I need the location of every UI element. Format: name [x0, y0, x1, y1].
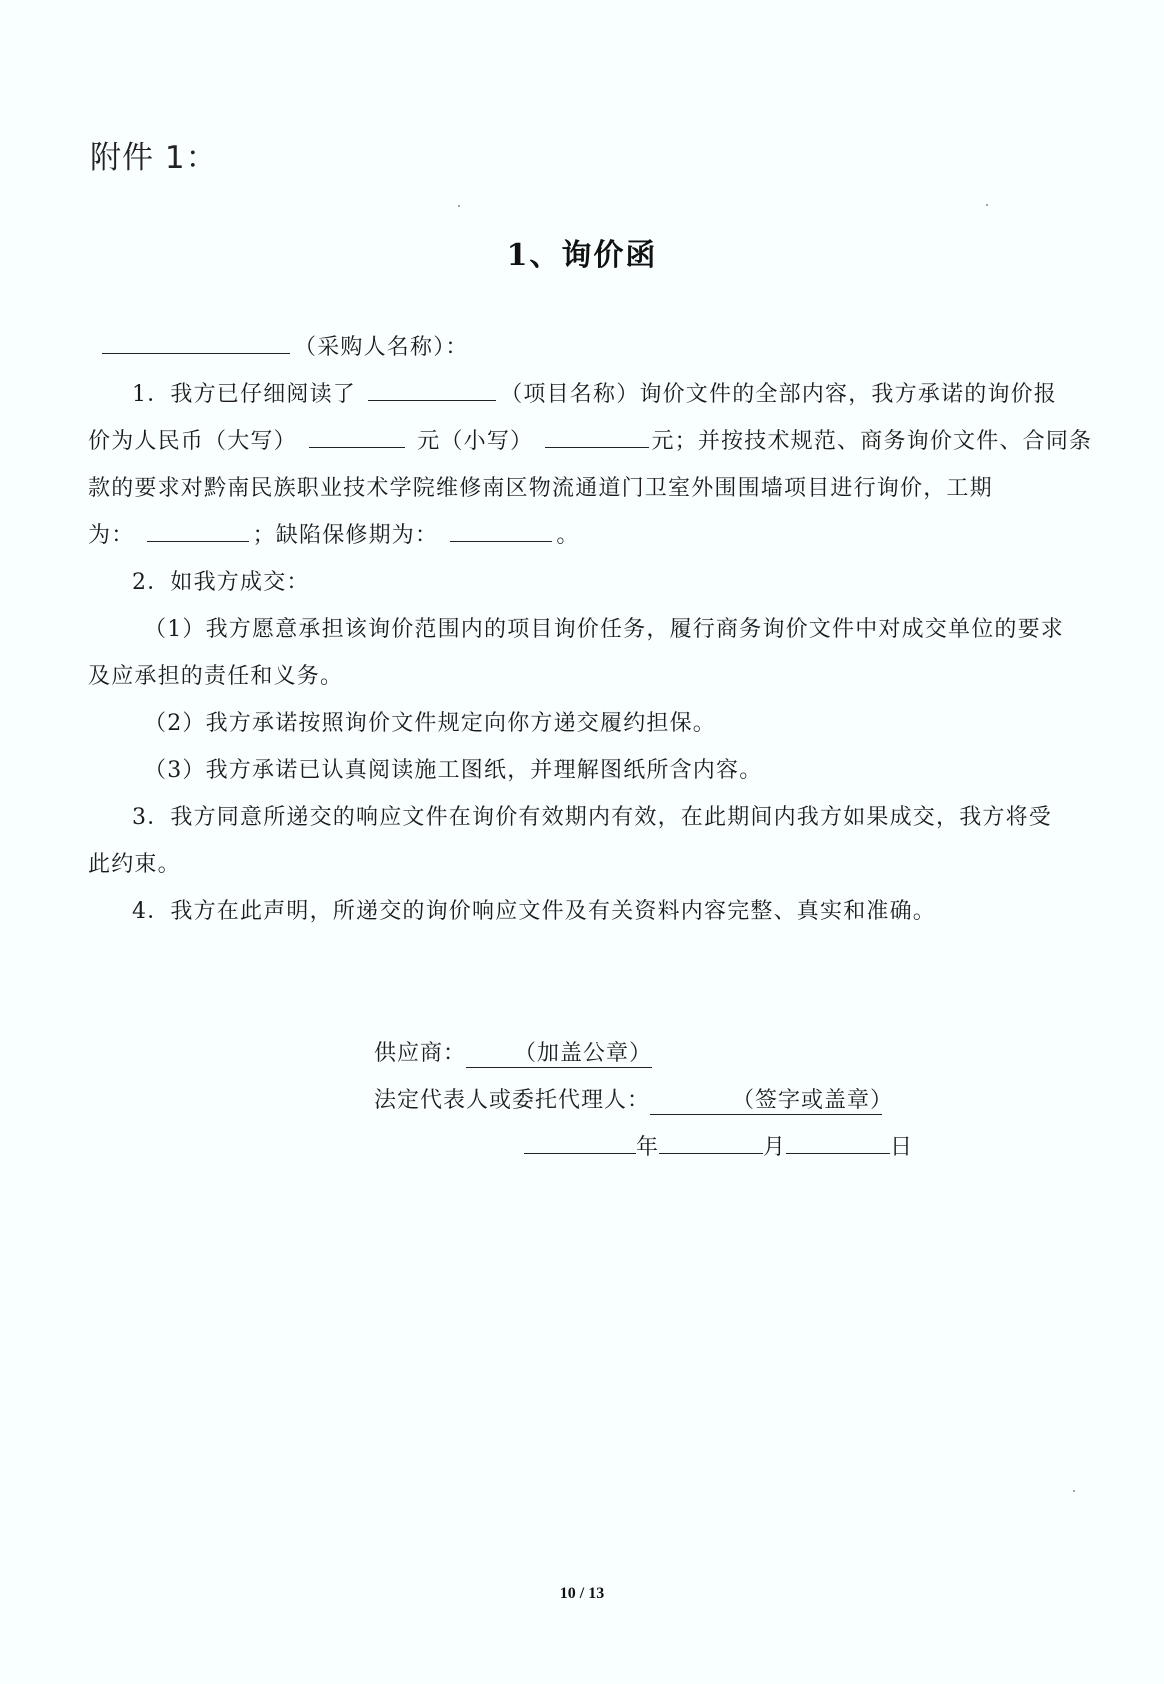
representative-signature-field[interactable]: （签字或盖章） [650, 1088, 882, 1115]
representative-label: 法定代表人或委托代理人： [374, 1088, 650, 1113]
p4-text: 4．我方在此声明，所递交的询价响应文件及有关资料内容完整、真实和准确。 [132, 899, 936, 924]
p2-item1-text: （1）我方愿意承担该询价范围内的项目询价任务，履行商务询价文件中对成交单位的要求 [144, 617, 1064, 642]
document-body: （采购人名称）： 1．我方已仔细阅读了 （项目名称）询价文件的全部内容，我方承诺… [88, 324, 1088, 935]
price-lowercase-blank[interactable] [545, 423, 649, 448]
document-page: 附件 1： 1、询价函 （采购人名称）： 1．我方已仔细阅读了 （项目名称）询价… [0, 0, 1164, 1684]
attachment-label: 附件 1： [90, 132, 218, 177]
year-label: 年 [636, 1135, 659, 1160]
p1-text-b: （项目名称）询价文件的全部内容，我方承诺的询价报 [500, 382, 1057, 407]
paragraph-2-item-1-line-1: （1）我方愿意承担该询价范围内的项目询价任务，履行商务询价文件中对成交单位的要求 [88, 606, 1088, 653]
day-blank[interactable] [786, 1129, 890, 1154]
paragraph-1-line-3: 款的要求对黔南民族职业技术学院维修南区物流通道门卫室外围围墙项目进行询价，工期 [88, 465, 1088, 512]
date-line: 年月日 [374, 1124, 913, 1171]
p2-heading-text: 2．如我方成交： [132, 570, 310, 595]
p1-text-d: 款的要求对黔南民族职业技术学院维修南区物流通道门卫室外围围墙项目进行询价，工期 [88, 476, 993, 501]
supplier-label: 供应商： [374, 1041, 466, 1066]
p1-period-label: 为： [88, 523, 134, 548]
p1-warranty-label: ；缺陷保修期为： [253, 523, 439, 548]
page-number: 10 / 13 [0, 1585, 1164, 1603]
p3-text-cont: 此约束。 [88, 852, 181, 877]
signature-block: 供应商：（加盖公章） 法定代表人或委托代理人：（签字或盖章） 年月日 [374, 1030, 913, 1171]
p2-item2-text: （2）我方承诺按照询价文件规定向你方递交履约担保。 [144, 711, 716, 736]
p1-price-lower-label: 元（小写） [417, 429, 533, 454]
supplier-line: 供应商：（加盖公章） [374, 1030, 913, 1077]
p1-text-c: 元；并按技术规范、商务询价文件、合同条 [651, 429, 1092, 454]
construction-period-blank[interactable] [147, 517, 249, 542]
month-blank[interactable] [659, 1129, 763, 1154]
buyer-name-blank[interactable] [102, 329, 290, 354]
project-name-blank[interactable] [368, 376, 496, 401]
p1-text-a: 1．我方已仔细阅读了 [132, 382, 356, 407]
salutation-line: （采购人名称）： [88, 324, 1088, 371]
paragraph-4: 4．我方在此声明，所递交的询价响应文件及有关资料内容完整、真实和准确。 [88, 888, 1088, 935]
price-uppercase-blank[interactable] [309, 423, 405, 448]
salutation-suffix: （采购人名称）： [294, 335, 469, 360]
p2-item3-text: （3）我方承诺已认真阅读施工图纸，并理解图纸所含内容。 [144, 758, 762, 783]
document-title: 1、询价函 [0, 230, 1164, 274]
p3-text: 3．我方同意所递交的响应文件在询价有效期内有效，在此期间内我方如果成交，我方将受 [132, 805, 1052, 830]
scan-artifact [1073, 1490, 1075, 1492]
paragraph-2-heading: 2．如我方成交： [88, 559, 1088, 606]
paragraph-2-item-1-line-2: 及应承担的责任和义务。 [88, 653, 1088, 700]
year-blank[interactable] [524, 1129, 636, 1154]
paragraph-2-item-3: （3）我方承诺已认真阅读施工图纸，并理解图纸所含内容。 [88, 747, 1088, 794]
paragraph-3-line-2: 此约束。 [88, 841, 1088, 888]
paragraph-3-line-1: 3．我方同意所递交的响应文件在询价有效期内有效，在此期间内我方如果成交，我方将受 [88, 794, 1088, 841]
p1-period-end: 。 [556, 523, 579, 548]
month-label: 月 [763, 1135, 786, 1160]
scan-artifact [458, 205, 460, 207]
p1-price-upper-label: 价为人民币（大写） [88, 429, 297, 454]
paragraph-2-item-2: （2）我方承诺按照询价文件规定向你方递交履约担保。 [88, 700, 1088, 747]
scan-artifact [986, 204, 988, 206]
paragraph-1-line-2: 价为人民币（大写） 元（小写） 元；并按技术规范、商务询价文件、合同条 [88, 418, 1088, 465]
paragraph-1-line-1: 1．我方已仔细阅读了 （项目名称）询价文件的全部内容，我方承诺的询价报 [88, 371, 1088, 418]
paragraph-1-line-4: 为： ；缺陷保修期为： 。 [88, 512, 1088, 559]
warranty-period-blank[interactable] [450, 517, 552, 542]
p2-item1-text-cont: 及应承担的责任和义务。 [88, 664, 343, 689]
representative-line: 法定代表人或委托代理人：（签字或盖章） [374, 1077, 913, 1124]
supplier-seal-field[interactable]: （加盖公章） [466, 1041, 652, 1068]
day-label: 日 [890, 1135, 913, 1160]
